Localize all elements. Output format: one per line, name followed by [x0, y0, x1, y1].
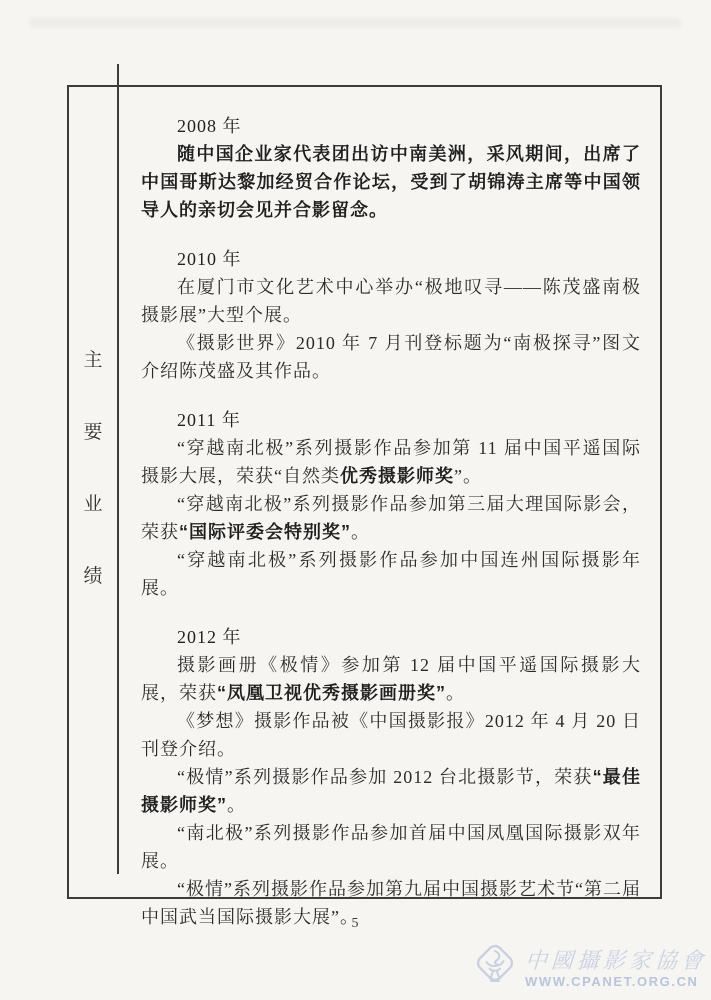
achievement-paragraph: 《摄影世界》2010 年 7 月刊登标题为“南极探寻”图文介绍陈茂盛及其作品。: [141, 329, 641, 385]
achievement-paragraph: 在厦门市文化艺术中心举办“极地叹寻——陈茂盛南极摄影展”大型个展。: [141, 273, 641, 329]
row-label-char: 绩: [83, 567, 102, 587]
paragraph-text: “南北极”系列摄影作品参加首届中国凤凰国际摄影双年展。: [141, 823, 641, 871]
year-section: 2012 年摄影画册《极情》参加第 12 届中国平遥国际摄影大展，荣获“凤凰卫视…: [141, 623, 641, 931]
year-section: 2010 年在厦门市文化艺术中心举办“极地叹寻——陈茂盛南极摄影展”大型个展。《…: [141, 245, 641, 385]
paragraph-text: 在厦门市文化艺术中心举办“极地叹寻——陈茂盛南极摄影展”大型个展。: [141, 277, 641, 325]
award-name-bold: “国际评委会特别奖”: [179, 522, 351, 542]
row-label-char: 业: [83, 495, 102, 515]
year-section: 2011 年“穿越南北极”系列摄影作品参加第 11 届中国平遥国际摄影大展，荣获…: [141, 406, 641, 602]
paragraph-text: 《梦想》摄影作品被《中国摄影报》2012 年 4 月 20 日刊登介绍。: [141, 711, 641, 759]
year-heading: 2012 年: [141, 623, 641, 651]
paragraph-text: “穿越南北极”系列摄影作品参加中国连州国际摄影年展。: [141, 550, 641, 598]
paragraph-text: ”。: [454, 466, 482, 486]
achievements-table: 主要业绩 2008 年随中国企业家代表团出访中南美洲，采风期间，出席了中国哥斯达…: [67, 85, 662, 899]
achievement-paragraph: “穿越南北极”系列摄影作品参加第 11 届中国平遥国际摄影大展，荣获“自然类优秀…: [141, 434, 641, 490]
achievement-paragraph: 随中国企业家代表团出访中南美洲，采风期间，出席了中国哥斯达黎加经贸合作论坛，受到…: [141, 140, 641, 224]
page-number: 5: [0, 916, 711, 932]
paragraph-text: 。: [446, 683, 465, 703]
watermark-url: WWW.CPANET.ORG.CN: [525, 975, 707, 988]
row-label-char: 主: [83, 351, 102, 371]
award-name-bold: 优秀摄影师奖: [340, 466, 454, 486]
year-section: 2008 年随中国企业家代表团出访中南美洲，采风期间，出席了中国哥斯达黎加经贸合…: [141, 112, 641, 224]
year-heading: 2008 年: [141, 112, 641, 140]
cpanet-diamond-logo-icon: [472, 941, 518, 996]
achievement-paragraph: “极情”系列摄影作品参加 2012 台北摄影节，荣获“最佳摄影师奖”。: [141, 763, 641, 819]
paragraph-text: 。: [227, 795, 246, 815]
achievement-paragraph: 《梦想》摄影作品被《中国摄影报》2012 年 4 月 20 日刊登介绍。: [141, 707, 641, 763]
year-heading: 2011 年: [141, 406, 641, 434]
watermark-org-name: 中國攝影家協會: [524, 950, 708, 972]
achievement-paragraph: “南北极”系列摄影作品参加首届中国凤凰国际摄影双年展。: [141, 819, 641, 875]
achievement-paragraph: “穿越南北极”系列摄影作品参加第三届大理国际影会，荣获“国际评委会特别奖”。: [141, 490, 641, 546]
achievement-paragraph: “穿越南北极”系列摄影作品参加中国连州国际摄影年展。: [141, 546, 641, 602]
row-label-main-achievements: 主要业绩: [69, 64, 119, 874]
paragraph-text: 《摄影世界》2010 年 7 月刊登标题为“南极探寻”图文介绍陈茂盛及其作品。: [141, 333, 641, 381]
award-name-bold: “凤凰卫视优秀摄影画册奖”: [217, 683, 446, 703]
paragraph-text: 随中国企业家代表团出访中南美洲，采风期间，出席了中国哥斯达黎加经贸合作论坛，受到…: [141, 144, 641, 220]
paragraph-text: 。: [351, 522, 370, 542]
scan-artifact: [30, 18, 681, 27]
row-label-char: 要: [83, 423, 102, 443]
achievements-content: 2008 年随中国企业家代表团出访中南美洲，采风期间，出席了中国哥斯达黎加经贸合…: [119, 87, 660, 897]
watermark-text: 中國攝影家協會 WWW.CPANET.ORG.CN: [525, 950, 707, 988]
year-heading: 2010 年: [141, 245, 641, 273]
watermark: 中國攝影家協會 WWW.CPANET.ORG.CN: [472, 941, 707, 996]
paragraph-text: “极情”系列摄影作品参加 2012 台北摄影节，荣获: [177, 767, 593, 787]
achievement-paragraph: 摄影画册《极情》参加第 12 届中国平遥国际摄影大展，荣获“凤凰卫视优秀摄影画册…: [141, 651, 641, 707]
